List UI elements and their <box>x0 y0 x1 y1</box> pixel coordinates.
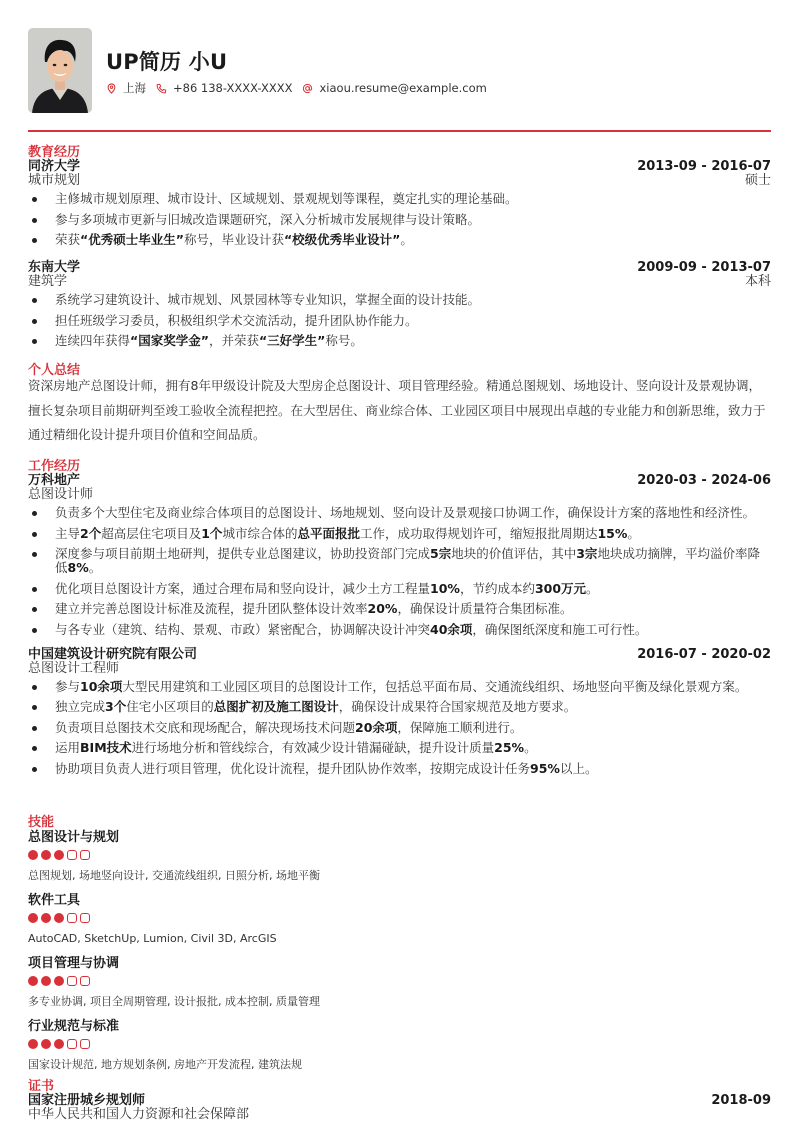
level-dot-empty <box>80 913 90 923</box>
candidate-name: UP简历 小U <box>106 46 227 76</box>
job-role: 总图设计师 <box>28 488 771 502</box>
contact-email: xiaou.resume@example.com <box>302 81 486 95</box>
company-name: 中国建筑设计研究院有限公司 <box>28 648 197 662</box>
phone-icon <box>156 83 167 94</box>
skill-item: 项目管理与协调 多专业协调, 项目全周期管理, 设计报批, 成本控制, 质量管理 <box>28 956 771 1008</box>
level-dot-filled <box>28 850 38 860</box>
level-dot-filled <box>54 1039 64 1049</box>
bullet-item: 参与多项城市更新与旧城改造课题研究，深入分析城市发展规律与设计策略。 <box>28 213 771 227</box>
work-entry: 万科地产 2020-03 - 2024-06 总图设计师 负责多个大型住宅及商业… <box>28 474 771 637</box>
education-date: 2009-09 - 2013-07 <box>637 261 771 275</box>
certificate-issuer: 中华人民共和国人力资源和社会保障部 <box>28 1108 771 1122</box>
contact-location: 上海 <box>106 80 146 96</box>
contact-phone-text[interactable]: +86 138-XXXX-XXXX <box>173 81 292 95</box>
degree: 硕士 <box>745 174 771 188</box>
education-bullets: 主修城市规划原理、城市设计、区域规划、景观规划等课程，奠定扎实的理论基础。 参与… <box>28 192 771 247</box>
bullet-item: 担任班级学习委员，积极组织学术交流活动，提升团队协作能力。 <box>28 314 771 328</box>
skill-item: 软件工具 AutoCAD, SketchUp, Lumion, Civil 3D… <box>28 893 771 945</box>
bullet-item: 优化项目总图设计方案，通过合理布局和竖向设计，减少土方工程量10%，节约成本约3… <box>28 582 771 596</box>
skill-item: 总图设计与规划 总图规划, 场地竖向设计, 交通流线组织, 日照分析, 场地平衡 <box>28 830 771 882</box>
level-dot-empty <box>67 850 77 860</box>
major: 建筑学 <box>28 275 67 289</box>
bullet-item: 主修城市规划原理、城市设计、区域规划、景观规划等课程，奠定扎实的理论基础。 <box>28 192 771 206</box>
level-dot-empty <box>80 976 90 986</box>
major: 城市规划 <box>28 174 80 188</box>
contact-location-text: 上海 <box>123 80 146 96</box>
section-title-certificates: 证书 <box>28 1079 771 1094</box>
section-title-work: 工作经历 <box>28 459 771 474</box>
company-name: 万科地产 <box>28 474 80 488</box>
skill-tags: 多专业协调, 项目全周期管理, 设计报批, 成本控制, 质量管理 <box>28 995 771 1008</box>
bullet-item: 参与10余项大型民用建筑和工业园区项目的总图设计工作，包括总平面布局、交通流线组… <box>28 680 771 694</box>
summary-section: 个人总结 资深房地产总图设计师，拥有8年甲级设计院及大型房企总图设计、项目管理经… <box>28 363 771 448</box>
contact-email-text[interactable]: xiaou.resume@example.com <box>319 81 486 95</box>
bullet-item: 运用BIM技术进行场地分析和管线综合，有效减少设计错漏碰缺，提升设计质量25%。 <box>28 741 771 755</box>
avatar <box>28 28 92 113</box>
skill-level-dots <box>28 976 771 986</box>
level-dot-filled <box>28 913 38 923</box>
work-date: 2020-03 - 2024-06 <box>637 474 771 488</box>
contact-list: 上海 +86 138-XXXX-XXXX xiaou.resume@exampl… <box>106 80 497 96</box>
skill-name: 行业规范与标准 <box>28 1019 771 1034</box>
level-dot-empty <box>67 1039 77 1049</box>
skill-item: 行业规范与标准 国家设计规范, 地方规划条例, 房地产开发流程, 建筑法规 <box>28 1019 771 1071</box>
certificate-name: 国家注册城乡规划师 <box>28 1094 145 1108</box>
skill-level-dots <box>28 1039 771 1049</box>
resume-header: UP简历 小U 上海 +86 138-XXXX-XXXX xiaou.resum… <box>28 28 771 114</box>
work-entry: 中国建筑设计研究院有限公司 2016-07 - 2020-02 总图设计工程师 … <box>28 648 771 776</box>
level-dot-empty <box>67 976 77 986</box>
education-date: 2013-09 - 2016-07 <box>637 160 771 174</box>
education-section: 教育经历 同济大学 2013-09 - 2016-07 城市规划 硕士 主修城市… <box>28 145 771 355</box>
work-bullets: 负责多个大型住宅及商业综合体项目的总图设计、场地规划、竖向设计及景观接口协调工作… <box>28 506 771 637</box>
work-date: 2016-07 - 2020-02 <box>637 648 771 662</box>
skill-name: 软件工具 <box>28 893 771 908</box>
skill-name: 项目管理与协调 <box>28 956 771 971</box>
section-title-education: 教育经历 <box>28 145 771 160</box>
certificate-entry: 国家注册城乡规划师 2018-09 <box>28 1094 771 1108</box>
level-dot-empty <box>67 913 77 923</box>
level-dot-empty <box>80 850 90 860</box>
work-bullets: 参与10余项大型民用建筑和工业园区项目的总图设计工作，包括总平面布局、交通流线组… <box>28 680 771 776</box>
level-dot-filled <box>41 913 51 923</box>
section-title-skills: 技能 <box>28 815 771 830</box>
bullet-item: 建立并完善总图设计标准及流程，提升团队整体设计效率20%，确保设计质量符合集团标… <box>28 602 771 616</box>
level-dot-filled <box>41 850 51 860</box>
level-dot-filled <box>54 913 64 923</box>
bullet-item: 荣获“优秀硕士毕业生”称号，毕业设计获“校级优秀毕业设计”。 <box>28 233 771 247</box>
level-dot-filled <box>54 976 64 986</box>
level-dot-filled <box>41 976 51 986</box>
skills-section: 技能 总图设计与规划 总图规划, 场地竖向设计, 交通流线组织, 日照分析, 场… <box>28 815 771 1071</box>
header-divider <box>28 130 771 132</box>
work-section: 工作经历 万科地产 2020-03 - 2024-06 总图设计师 负责多个大型… <box>28 459 771 782</box>
degree: 本科 <box>745 275 771 289</box>
bullet-item: 系统学习建筑设计、城市规划、风景园林等专业知识，掌握全面的设计技能。 <box>28 293 771 307</box>
level-dot-filled <box>28 976 38 986</box>
bullet-item: 独立完成3个住宅小区项目的总图扩初及施工图设计，确保设计成果符合国家规范及地方要… <box>28 700 771 714</box>
avatar-photo-icon <box>28 28 92 113</box>
email-icon <box>302 83 313 94</box>
bullet-item: 负责项目总图技术交底和现场配合，解决现场技术问题20余项，保障施工顺利进行。 <box>28 721 771 735</box>
level-dot-empty <box>80 1039 90 1049</box>
bullet-item: 协助项目负责人进行项目管理，优化设计流程，提升团队协作效率，按期完成设计任务95… <box>28 762 771 776</box>
job-role: 总图设计工程师 <box>28 662 771 676</box>
school-name: 同济大学 <box>28 160 80 174</box>
level-dot-filled <box>28 1039 38 1049</box>
skill-tags: 总图规划, 场地竖向设计, 交通流线组织, 日照分析, 场地平衡 <box>28 869 771 882</box>
bullet-item: 深度参与项目前期土地研判，提供专业总图建议，协助投资部门完成5宗地块的价值评估，… <box>28 547 771 575</box>
skill-level-dots <box>28 913 771 923</box>
education-entry: 东南大学 2009-09 - 2013-07 建筑学 本科 系统学习建筑设计、城… <box>28 261 771 348</box>
bullet-item: 负责多个大型住宅及商业综合体项目的总图设计、场地规划、竖向设计及景观接口协调工作… <box>28 506 771 520</box>
location-icon <box>106 83 117 94</box>
level-dot-filled <box>41 1039 51 1049</box>
bullet-item: 连续四年获得“国家奖学金”，并荣获“三好学生”称号。 <box>28 334 771 348</box>
school-name: 东南大学 <box>28 261 80 275</box>
education-bullets: 系统学习建筑设计、城市规划、风景园林等专业知识，掌握全面的设计技能。 担任班级学… <box>28 293 771 348</box>
skill-name: 总图设计与规划 <box>28 830 771 845</box>
skill-level-dots <box>28 850 771 860</box>
certificate-date: 2018-09 <box>711 1094 771 1108</box>
certificates-section: 证书 国家注册城乡规划师 2018-09 中华人民共和国人力资源和社会保障部 <box>28 1079 771 1122</box>
skill-tags: AutoCAD, SketchUp, Lumion, Civil 3D, Arc… <box>28 932 771 945</box>
skill-tags: 国家设计规范, 地方规划条例, 房地产开发流程, 建筑法规 <box>28 1058 771 1071</box>
summary-text: 资深房地产总图设计师，拥有8年甲级设计院及大型房企总图设计、项目管理经验。精通总… <box>28 374 771 448</box>
contact-phone: +86 138-XXXX-XXXX <box>156 81 292 95</box>
bullet-item: 与各专业（建筑、结构、景观、市政）紧密配合，协调解决设计冲突40余项，确保图纸深… <box>28 623 771 637</box>
education-entry: 同济大学 2013-09 - 2016-07 城市规划 硕士 主修城市规划原理、… <box>28 160 771 247</box>
level-dot-filled <box>54 850 64 860</box>
bullet-item: 主导2个超高层住宅项目及1个城市综合体的总平面报批工作，成功取得规划许可，缩短报… <box>28 527 771 541</box>
